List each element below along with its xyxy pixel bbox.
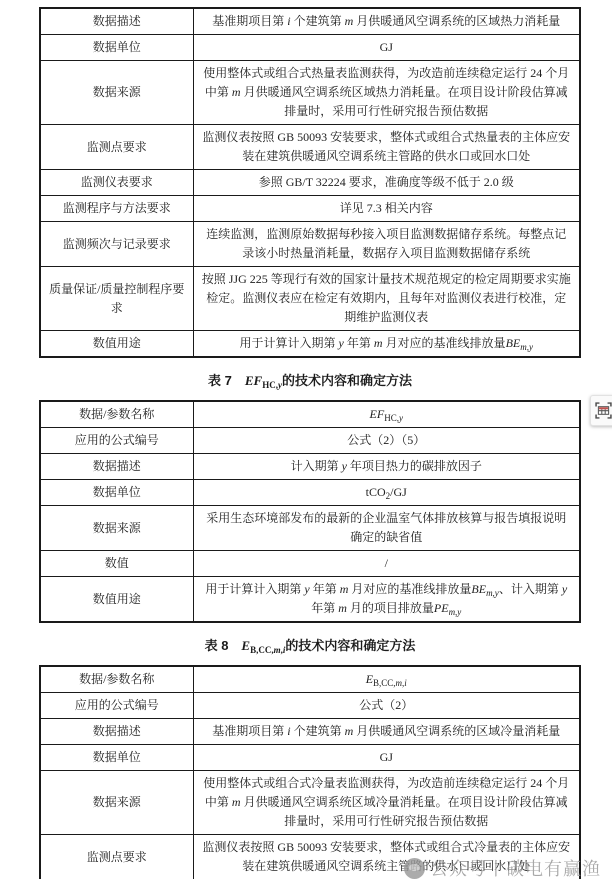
row-label: 应用的公式编号 [40, 693, 193, 719]
row-label: 监测频次与记录要求 [40, 222, 193, 267]
table-7: 数据/参数名称 EFHC,y 应用的公式编号 公式（2）（5） 数据描述 计入期… [39, 400, 581, 623]
table-row: 数据描述 基准期项目第 i 个建筑第 m 月供暖通风空调系统的区域热力消耗量 [40, 8, 580, 35]
row-value: 基准期项目第 i 个建筑第 m 月供暖通风空调系统的区域冷量消耗量 [193, 719, 580, 745]
table-row: 数据单位 GJ [40, 745, 580, 771]
table-row: 监测程序与方法要求 详见 7.3 相关内容 [40, 196, 580, 222]
row-value: 连续监测，监测原始数据每秒接入项目监测数据储存系统。每整点记录该小时热量消耗量，… [193, 222, 580, 267]
table-row: 数据/参数名称 EB,CC,m,i [40, 666, 580, 693]
table-row: 数值 / [40, 551, 580, 577]
row-label: 数据来源 [40, 506, 193, 551]
table-row: 监测点要求 监测仪表按照 GB 50093 安装要求，整体式或组合式热量表的主体… [40, 125, 580, 170]
row-value: 按照 JJG 225 等现行有效的国家计量技术规范规定的检定周期要求实施检定。监… [193, 267, 580, 331]
row-value: 参照 GB/T 32224 要求，准确度等级不低于 2.0 级 [193, 170, 580, 196]
row-value: 监测仪表按照 GB 50093 安装要求，整体式或组合式热量表的主体应安装在建筑… [193, 125, 580, 170]
table-row: 应用的公式编号 公式（2）（5） [40, 428, 580, 454]
table-row: 数据/参数名称 EFHC,y [40, 401, 580, 428]
row-label: 监测点要求 [40, 835, 193, 879]
table-capture-icon [595, 402, 612, 419]
row-value: 用于计算计入期第 y 年第 m 月对应的基准线排放量BEm,y [193, 331, 580, 358]
row-value: 详见 7.3 相关内容 [193, 196, 580, 222]
table-row: 数据描述 计入期第 y 年项目热力的碳排放因子 [40, 454, 580, 480]
table-8: 数据/参数名称 EB,CC,m,i 应用的公式编号 公式（2） 数据描述 基准期… [39, 665, 581, 879]
table-8-title: 表 8 EB,CC,m,i的技术内容和确定方法 [39, 635, 581, 654]
row-label: 数值用途 [40, 577, 193, 623]
row-label: 数值用途 [40, 331, 193, 358]
table-row: 数据单位 GJ [40, 35, 580, 61]
row-label: 数据单位 [40, 480, 193, 506]
table-row: 数据来源 使用整体式或组合式冷量表监测获得，为改造前连续稳定运行 24 个月中第… [40, 771, 580, 835]
row-label: 数据来源 [40, 771, 193, 835]
row-value: 公式（2）（5） [193, 428, 580, 454]
row-label: 监测仪表要求 [40, 170, 193, 196]
row-label: 质量保证/质量控制程序要求 [40, 267, 193, 331]
row-label: 数据单位 [40, 35, 193, 61]
row-label: 数值 [40, 551, 193, 577]
row-label: 数据来源 [40, 61, 193, 125]
table-7-title: 表 7 EFHC,y的技术内容和确定方法 [39, 370, 581, 389]
row-value: tCO2/GJ [193, 480, 580, 506]
row-value: GJ [193, 35, 580, 61]
row-label: 应用的公式编号 [40, 428, 193, 454]
row-label: 数据/参数名称 [40, 666, 193, 693]
table-row: 监测点要求 监测仪表按照 GB 50093 安装要求，整体式或组合式冷量表的主体… [40, 835, 580, 879]
document-page: 数据描述 基准期项目第 i 个建筑第 m 月供暖通风空调系统的区域热力消耗量 数… [0, 7, 612, 879]
row-label: 数据描述 [40, 719, 193, 745]
table-capture-button[interactable] [590, 395, 612, 426]
row-value: EB,CC,m,i [193, 666, 580, 693]
row-value: EFHC,y [193, 401, 580, 428]
table-row: 应用的公式编号 公式（2） [40, 693, 580, 719]
row-label: 监测程序与方法要求 [40, 196, 193, 222]
table-row: 数据单位 tCO2/GJ [40, 480, 580, 506]
table-row: 数据来源 采用生态环境部发布的最新的企业温室气体排放核算与报告填报说明确定的缺省… [40, 506, 580, 551]
table-row: 数据来源 使用整体式或组合式热量表监测获得，为改造前连续稳定运行 24 个月中第… [40, 61, 580, 125]
row-value: 计入期第 y 年项目热力的碳排放因子 [193, 454, 580, 480]
table-row: 监测仪表要求 参照 GB/T 32224 要求，准确度等级不低于 2.0 级 [40, 170, 580, 196]
table-row: 监测频次与记录要求 连续监测，监测原始数据每秒接入项目监测数据储存系统。每整点记… [40, 222, 580, 267]
row-value: 用于计算计入期第 y 年第 m 月对应的基准线排放量BEm,y、计入期第 y 年… [193, 577, 580, 623]
row-value: 基准期项目第 i 个建筑第 m 月供暖通风空调系统的区域热力消耗量 [193, 8, 580, 35]
row-value: 使用整体式或组合式热量表监测获得，为改造前连续稳定运行 24 个月中第 m 月供… [193, 61, 580, 125]
row-value: 使用整体式或组合式冷量表监测获得，为改造前连续稳定运行 24 个月中第 m 月供… [193, 771, 580, 835]
row-label: 数据单位 [40, 745, 193, 771]
row-label: 数据描述 [40, 8, 193, 35]
table-row: 数值用途 用于计算计入期第 y 年第 m 月对应的基准线排放量BEm,y [40, 331, 580, 358]
row-label: 监测点要求 [40, 125, 193, 170]
row-value: / [193, 551, 580, 577]
row-label: 数据/参数名称 [40, 401, 193, 428]
row-value: GJ [193, 745, 580, 771]
row-value: 采用生态环境部发布的最新的企业温室气体排放核算与报告填报说明确定的缺省值 [193, 506, 580, 551]
table-6-continued: 数据描述 基准期项目第 i 个建筑第 m 月供暖通风空调系统的区域热力消耗量 数… [39, 7, 581, 358]
table-row: 质量保证/质量控制程序要求 按照 JJG 225 等现行有效的国家计量技术规范规… [40, 267, 580, 331]
row-value: 监测仪表按照 GB 50093 安装要求，整体式或组合式冷量表的主体应安装在建筑… [193, 835, 580, 879]
table-row: 数值用途 用于计算计入期第 y 年第 m 月对应的基准线排放量BEm,y、计入期… [40, 577, 580, 623]
table-row: 数据描述 基准期项目第 i 个建筑第 m 月供暖通风空调系统的区域冷量消耗量 [40, 719, 580, 745]
row-label: 数据描述 [40, 454, 193, 480]
row-value: 公式（2） [193, 693, 580, 719]
